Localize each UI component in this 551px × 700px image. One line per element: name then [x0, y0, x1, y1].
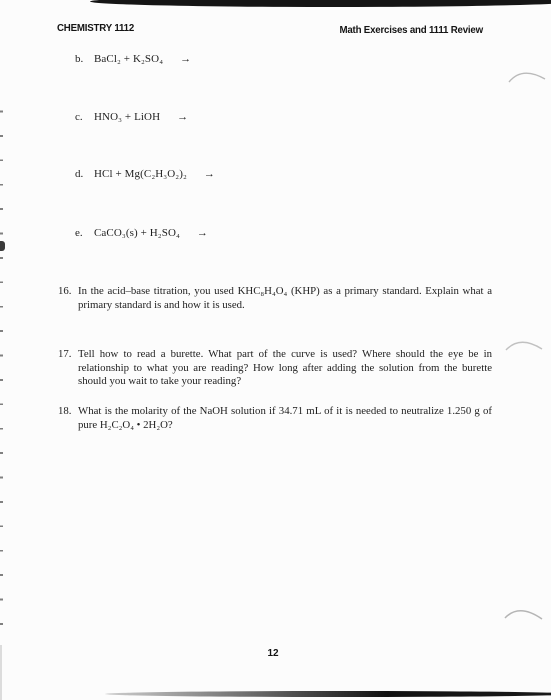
question-18: 18. What is the molarity of the NaOH sol…: [58, 405, 492, 432]
page-curl-mark-icon: [507, 64, 549, 88]
page-curl-mark-icon: [503, 333, 545, 357]
equation-formula: CaCO₃(s) + H₂SO₄: [94, 227, 180, 239]
scanned-worksheet-page: { "header": { "course": "CHEMISTRY 1112"…: [0, 0, 551, 700]
equation-formula: HCl + Mg(C₂H₃O₂)₂: [94, 168, 187, 180]
question-17: 17. Tell how to read a burette. What par…: [58, 348, 492, 389]
question-text: Tell how to read a burette. What part of…: [78, 348, 492, 389]
scan-artifact-edge-shadow: [0, 645, 2, 700]
question-text: What is the molarity of the NaOH solutio…: [78, 405, 492, 432]
equation-label: d.: [75, 167, 94, 181]
equation-item-d: d.HCl + Mg(C₂H₃O₂)₂→: [75, 167, 215, 181]
question-text: In the acid–base titration, you used KHC…: [78, 285, 492, 312]
question-number: 16.: [58, 285, 78, 312]
reaction-arrow: →: [204, 168, 215, 180]
equation-item-c: c.HNO₃ + LiOH→: [75, 110, 188, 124]
equation-label: b.: [75, 52, 94, 66]
equation-item-b: b.BaCl₂ + K₂SO₄→: [75, 52, 191, 66]
scan-artifact-bottom-bar: [105, 691, 551, 697]
equation-item-e: e.CaCO₃(s) + H₂SO₄→: [75, 226, 208, 240]
question-number: 18.: [58, 405, 78, 432]
page-number: 12: [0, 648, 546, 659]
equation-label: c.: [75, 110, 94, 124]
page-curl-mark-icon: [503, 602, 545, 626]
scan-artifact-binding-ticks: [0, 88, 3, 628]
scan-artifact-edge-mark: [0, 241, 5, 251]
equation-formula: BaCl₂ + K₂SO₄: [94, 53, 163, 65]
equation-formula: HNO₃ + LiOH: [94, 111, 160, 123]
header-document-title: Math Exercises and 1111 Review: [339, 25, 483, 36]
reaction-arrow: →: [180, 53, 191, 65]
question-number: 17.: [58, 348, 78, 389]
reaction-arrow: →: [177, 111, 188, 123]
reaction-arrow: →: [197, 227, 208, 239]
header-course-code: CHEMISTRY 1112: [57, 23, 134, 34]
scan-artifact-top-bar: [90, 0, 551, 7]
document-page: CHEMISTRY 1112 Math Exercises and 1111 R…: [0, 0, 551, 700]
equation-label: e.: [75, 226, 94, 240]
question-16: 16. In the acid–base titration, you used…: [58, 285, 492, 312]
